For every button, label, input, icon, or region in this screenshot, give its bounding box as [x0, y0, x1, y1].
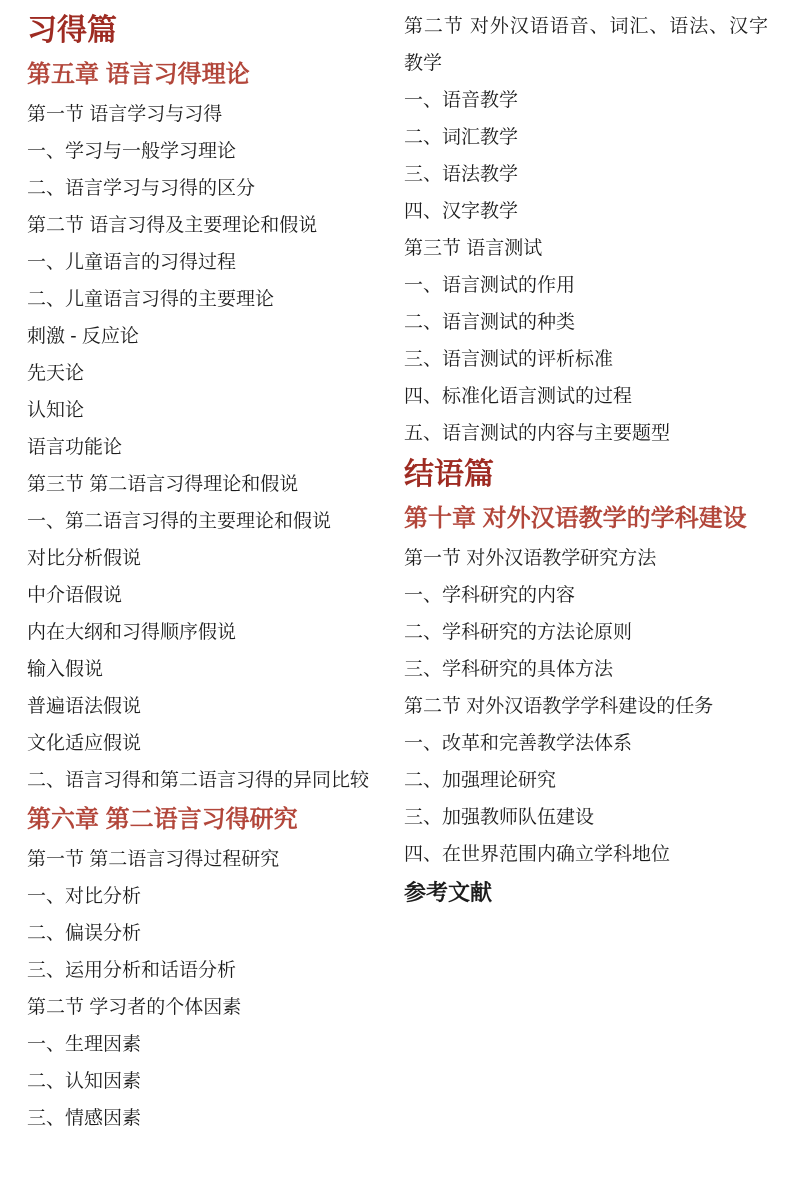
toc-entry: 输入假说 — [27, 651, 391, 688]
toc-entry: 一、第二语言习得的主要理论和假说 — [27, 503, 391, 540]
toc-entry: 三、语言测试的评析标准 — [404, 341, 768, 378]
document-page: 习得篇第五章 语言习得理论第一节 语言学习与习得一、学习与一般学习理论二、语言学… — [0, 0, 790, 1182]
toc-entry: 四、汉字教学 — [404, 193, 768, 230]
toc-entry: 对比分析假说 — [27, 540, 391, 577]
chapter-heading: 第五章 语言习得理论 — [27, 54, 391, 96]
toc-entry: 四、在世界范围内确立学科地位 — [404, 836, 768, 873]
toc-entry: 第三节 第二语言习得理论和假说 — [27, 466, 391, 503]
toc-entry: 认知论 — [27, 392, 391, 429]
toc-entry: 二、认知因素 — [27, 1063, 391, 1100]
toc-entry: 先天论 — [27, 355, 391, 392]
toc-entry: 刺激 - 反应论 — [27, 318, 391, 355]
toc-entry: 三、情感因素 — [27, 1100, 391, 1137]
toc-entry: 第二节 对外汉语语音、词汇、语法、汉字教学 — [404, 8, 768, 82]
toc-entry: 二、学科研究的方法论原则 — [404, 614, 768, 651]
toc-entry: 语言功能论 — [27, 429, 391, 466]
toc-entry: 二、语言习得和第二语言习得的异同比较 — [27, 762, 391, 799]
toc-entry: 二、语言学习与习得的区分 — [27, 170, 391, 207]
chapter-heading: 第六章 第二语言习得研究 — [27, 799, 391, 841]
toc-entry: 二、儿童语言习得的主要理论 — [27, 281, 391, 318]
toc-entry: 一、生理因素 — [27, 1026, 391, 1063]
toc-entry: 中介语假说 — [27, 577, 391, 614]
toc-entry: 五、语言测试的内容与主要题型 — [404, 415, 768, 452]
toc-entry: 一、语音教学 — [404, 82, 768, 119]
toc-entry: 普遍语法假说 — [27, 688, 391, 725]
toc-entry: 文化适应假说 — [27, 725, 391, 762]
toc-entry: 一、对比分析 — [27, 878, 391, 915]
references-heading: 参考文献 — [404, 873, 768, 913]
toc-entry: 一、儿童语言的习得过程 — [27, 244, 391, 281]
toc-entry: 二、加强理论研究 — [404, 762, 768, 799]
part-heading: 习得篇 — [27, 8, 391, 54]
toc-column-left: 习得篇第五章 语言习得理论第一节 语言学习与习得一、学习与一般学习理论二、语言学… — [27, 8, 391, 1182]
toc-entry: 四、标准化语言测试的过程 — [404, 378, 768, 415]
toc-entry: 内在大纲和习得顺序假说 — [27, 614, 391, 651]
toc-entry: 三、加强教师队伍建设 — [404, 799, 768, 836]
toc-entry: 二、词汇教学 — [404, 119, 768, 156]
toc-entry: 一、学习与一般学习理论 — [27, 133, 391, 170]
toc-entry: 第二节 学习者的个体因素 — [27, 989, 391, 1026]
toc-entry: 一、改革和完善教学法体系 — [404, 725, 768, 762]
toc-entry: 三、语法教学 — [404, 156, 768, 193]
toc-entry: 第三节 语言测试 — [404, 230, 768, 267]
toc-entry: 一、学科研究的内容 — [404, 577, 768, 614]
part-heading: 结语篇 — [404, 452, 768, 498]
toc-entry: 二、语言测试的种类 — [404, 304, 768, 341]
toc-entry: 第一节 第二语言习得过程研究 — [27, 841, 391, 878]
toc-entry: 第二节 对外汉语教学学科建设的任务 — [404, 688, 768, 725]
toc-entry: 一、语言测试的作用 — [404, 267, 768, 304]
toc-entry: 第二节 语言习得及主要理论和假说 — [27, 207, 391, 244]
toc-entry: 二、偏误分析 — [27, 915, 391, 952]
toc-column-right: 第二节 对外汉语语音、词汇、语法、汉字教学一、语音教学二、词汇教学三、语法教学四… — [404, 8, 768, 1182]
toc-entry: 三、学科研究的具体方法 — [404, 651, 768, 688]
toc-entry: 三、运用分析和话语分析 — [27, 952, 391, 989]
toc-entry: 第一节 语言学习与习得 — [27, 96, 391, 133]
chapter-heading: 第十章 对外汉语教学的学科建设 — [404, 498, 768, 540]
toc-entry: 第一节 对外汉语教学研究方法 — [404, 540, 768, 577]
